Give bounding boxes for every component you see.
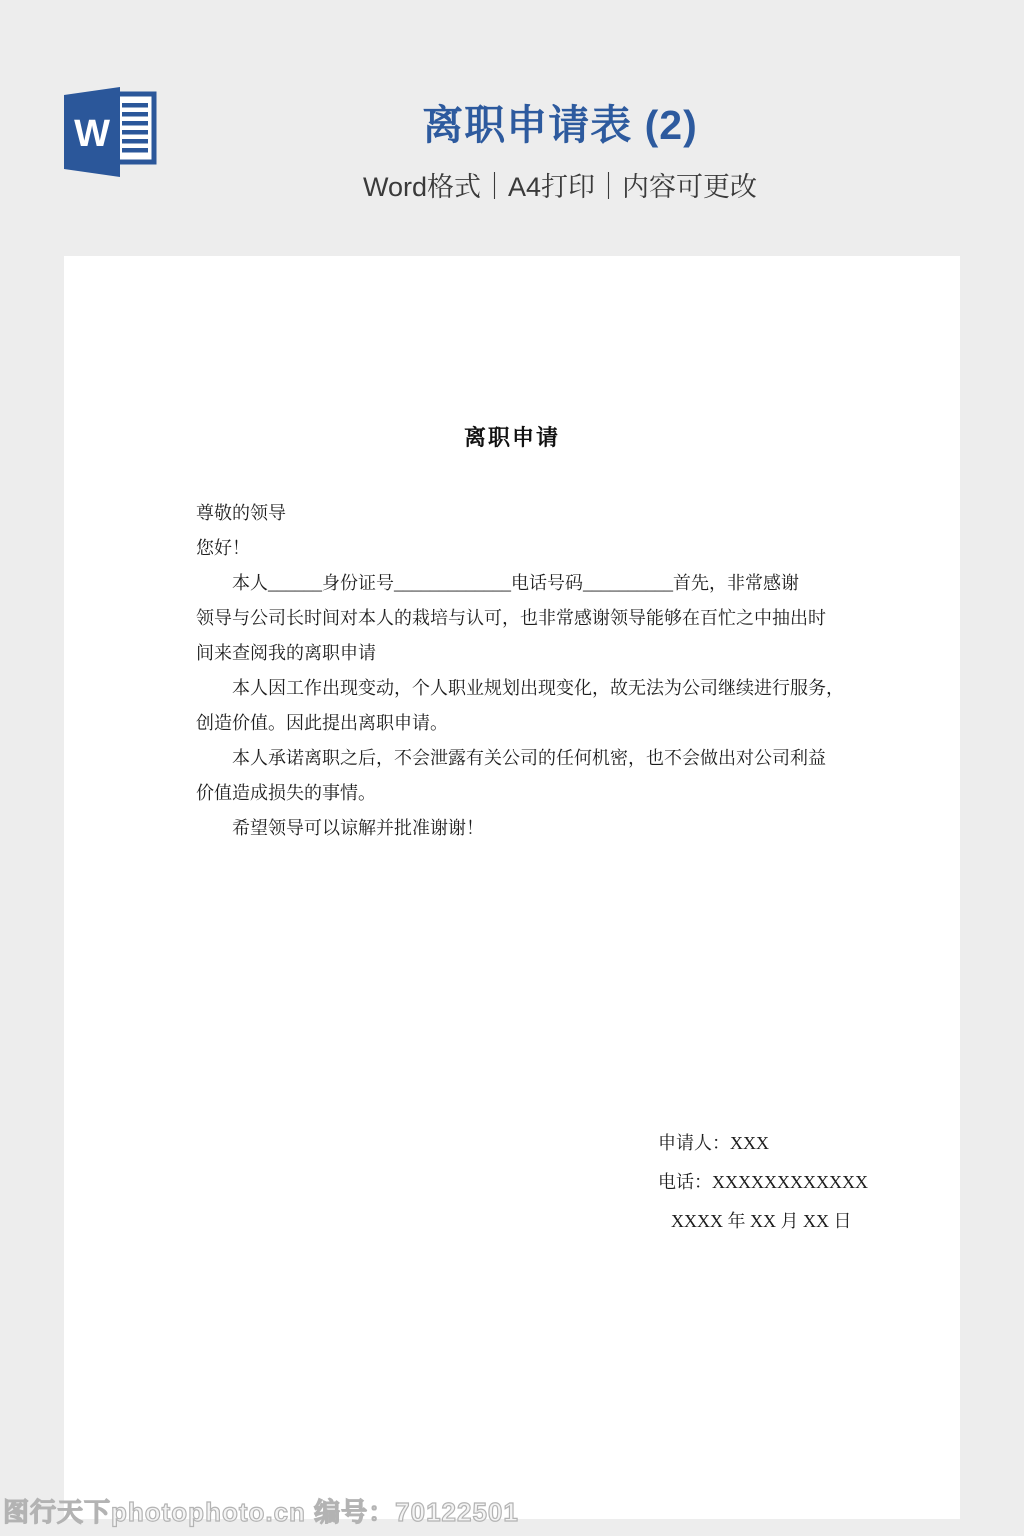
signature-applicant: 申请人：XXX xyxy=(658,1124,868,1163)
header: 离职申请表 (2) Word格式｜A4打印｜内容可更改 xyxy=(96,92,1024,204)
page-background: { "header": { "title": "离职申请表 (2)", "sub… xyxy=(0,0,1024,1536)
signature-date: XXXX 年 XX 月 XX 日 xyxy=(658,1202,868,1241)
doc-line: 希望领导可以谅解并批准谢谢！ xyxy=(196,811,856,846)
document-title: 离职申请 xyxy=(64,421,960,452)
doc-line: 本人______身份证号_____________电话号码__________首… xyxy=(196,566,856,601)
signature-block: 申请人：XXX 电话：XXXXXXXXXXXX XXXX 年 XX 月 XX 日 xyxy=(658,1124,868,1241)
document-page: 离职申请 尊敬的领导您好！本人______身份证号_____________电话… xyxy=(64,256,960,1519)
doc-line: 价值造成损失的事情。 xyxy=(196,776,856,811)
page-title: 离职申请表 (2) xyxy=(96,92,1024,151)
signature-phone: 电话：XXXXXXXXXXXX xyxy=(658,1163,868,1202)
page-subtitle: Word格式｜A4打印｜内容可更改 xyxy=(96,165,1024,204)
doc-line: 领导与公司长时间对本人的栽培与认可，也非常感谢领导能够在百忙之中抽出时 xyxy=(196,601,856,636)
doc-line: 本人因工作出现变动，个人职业规划出现变化，故无法为公司继续进行服务， xyxy=(196,671,856,706)
footer-watermark: 图行天下photophoto.cn 编号：70122501 xyxy=(3,1492,519,1529)
doc-line: 尊敬的领导 xyxy=(196,496,856,531)
doc-line: 创造价值。因此提出离职申请。 xyxy=(196,706,856,741)
doc-line: 间来查阅我的离职申请 xyxy=(196,636,856,671)
doc-line: 您好！ xyxy=(196,531,856,566)
document-body: 尊敬的领导您好！本人______身份证号_____________电话号码___… xyxy=(196,496,856,846)
doc-line: 本人承诺离职之后，不会泄露有关公司的任何机密，也不会做出对公司利益 xyxy=(196,741,856,776)
